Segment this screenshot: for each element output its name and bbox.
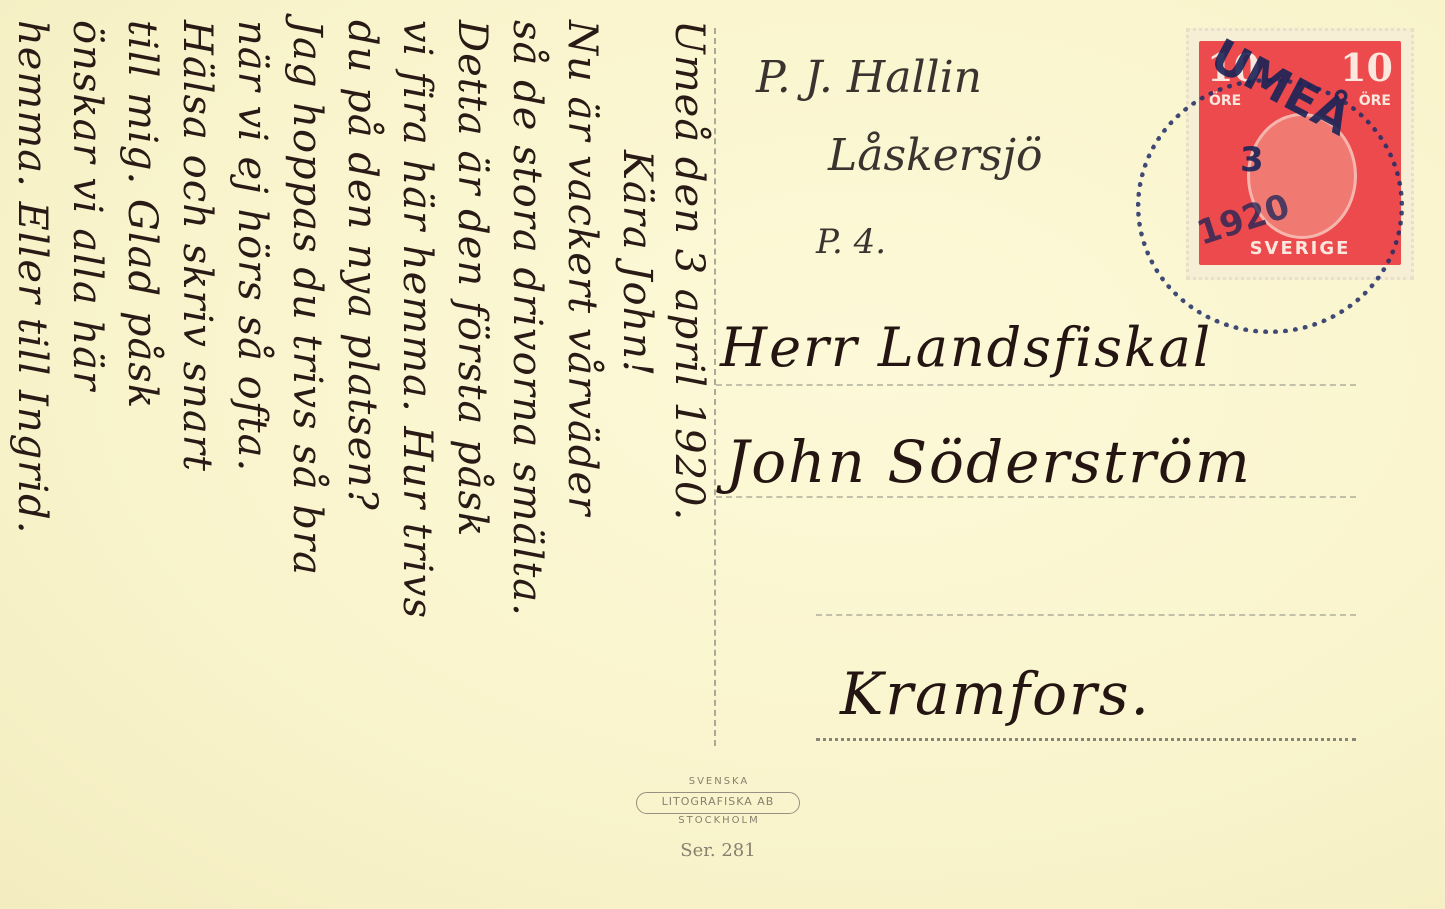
message-line: till mig. Glad påsk xyxy=(119,20,165,409)
center-divider xyxy=(714,28,716,746)
message-line: Umeå den 3 april 1920. xyxy=(666,20,712,521)
message-line: Nu är vackert vårväder xyxy=(559,20,605,516)
address-rule xyxy=(716,384,1356,386)
message-line: när vi ej hörs så ofta. xyxy=(229,20,275,472)
stamp-denomination-right: ÖRE xyxy=(1359,93,1391,109)
address-rule xyxy=(716,496,1356,498)
address-line-1: Herr Landsfiskal xyxy=(720,316,1212,379)
sender-note-name: P. J. Hallin xyxy=(756,52,982,103)
message-line: Kära John! xyxy=(614,150,660,377)
sender-note-place: Låskersjö xyxy=(828,130,1042,181)
message-line: vi fira här hemma. Hur trivs xyxy=(394,20,440,619)
message-area: Umeå den 3 april 1920. Kära John! Nu är … xyxy=(0,0,714,909)
message-line: du på den nya platsen? xyxy=(339,20,385,511)
sender-note-code: P. 4. xyxy=(816,222,886,262)
printer-mark-name: LITOGRAFISKA AB xyxy=(642,795,794,808)
printer-mark: SVENSKA LITOGRAFISKA AB STOCKHOLM xyxy=(636,776,802,834)
address-rule xyxy=(816,614,1356,616)
address-line-2: John Söderström xyxy=(726,428,1252,496)
message-line: så de stora drivorna smälta. xyxy=(504,20,550,617)
message-line: önskar vi alla här xyxy=(64,20,110,391)
message-line: Detta är den första påsk xyxy=(449,20,495,537)
message-line: Hälsa och skriv snart xyxy=(174,20,220,472)
stamp-value-right: 10 xyxy=(1340,45,1393,90)
address-line-3: Kramfors. xyxy=(840,660,1151,728)
postcard: Umeå den 3 april 1920. Kära John! Nu är … xyxy=(0,0,1445,909)
postmark-day: 3 xyxy=(1240,140,1264,180)
printer-mark-top: SVENSKA xyxy=(636,776,802,787)
address-rule xyxy=(816,738,1356,741)
series-number: Ser. 281 xyxy=(648,840,788,861)
message-line: hemma. Eller till Ingrid. xyxy=(9,20,55,534)
message-line: Jag hoppas du trivs så bra xyxy=(284,20,330,576)
printer-mark-city: STOCKHOLM xyxy=(636,815,802,826)
